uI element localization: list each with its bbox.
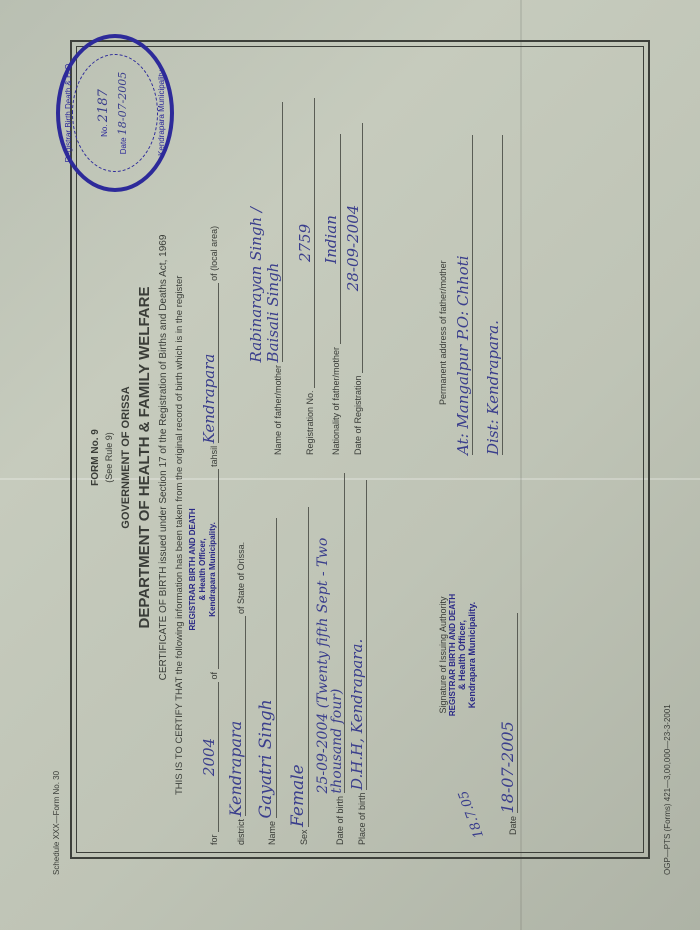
issuer-stamp-line1: REGISTRAR BIRTH AND DEATH xyxy=(448,555,457,755)
name-label: Name xyxy=(267,821,277,845)
nationality-value: Indian xyxy=(322,134,341,344)
registrar-seal: Registrar Birth Death & H.O No. 2187 Dat… xyxy=(56,34,174,192)
signature-label: Signature of Issuing Authority xyxy=(438,555,448,755)
address-line2: Dist: Kendrapara. xyxy=(484,135,503,455)
issuer-stamp-line2: & Health Officer, xyxy=(457,555,467,755)
dob-value: 25-09-2004 (Twenty fifth Sept - Two thou… xyxy=(316,473,345,793)
tahsil-value: Kendrapara xyxy=(200,283,219,443)
sign-date-value: 18-07-2005 xyxy=(498,613,518,813)
department-title: DEPARTMENT OF HEALTH & FAMILY WELFARE xyxy=(136,40,153,875)
sex-label: Sex xyxy=(299,829,309,845)
tahsil-label: tahsil xyxy=(209,446,219,467)
see-rule: (See Rule 9) xyxy=(104,40,114,875)
form-number: FORM No. 9 xyxy=(90,40,101,875)
dob-label: Date of birth xyxy=(335,796,345,845)
issuer-stamp-line3: Kendrapara Municipality. xyxy=(467,555,477,755)
name-value: Gayatri Singh xyxy=(256,518,277,818)
government-title: GOVERNMENT OF ORISSA xyxy=(120,40,132,875)
father-name-value: Rabinarayan Singh / xyxy=(247,207,265,362)
date-label: Date xyxy=(508,816,518,835)
for-value: 2004 xyxy=(200,682,219,832)
seal-top-text: Registrar Birth Death & H.O xyxy=(64,38,73,188)
registrar-stamp-line2: & Health Officer, xyxy=(198,538,207,600)
sex-value: Female xyxy=(288,507,309,827)
registration-date-value: 28-09-2004 xyxy=(344,123,363,373)
schedule-label: Schedule XXX—Form No. 30 xyxy=(52,771,61,875)
mother-name-value: Baisali Singh xyxy=(264,263,282,363)
birth-certificate: Schedule XXX—Form No. 30 Registrar Birth… xyxy=(60,40,650,875)
pob-label: Place of birth xyxy=(357,792,367,845)
parent-name-label: Name of father/mother xyxy=(273,365,283,455)
state-label: of State of Orissa. xyxy=(236,542,246,614)
registration-date-label: Date of Registration xyxy=(353,375,363,455)
nationality-label: Nationality of father/mother xyxy=(331,347,341,455)
pob-value: D.H.H, Kendrapara. xyxy=(348,480,367,790)
district-label: district xyxy=(236,819,246,845)
local-area-label: of (local area) xyxy=(209,226,219,281)
district-value: Kendrapara xyxy=(226,616,246,816)
address-line1: At: Mangalpur P.O: Chhoti xyxy=(454,135,473,455)
for-label: for xyxy=(209,834,219,845)
certificate-title: CERTIFICATE OF BIRTH issued under Sectio… xyxy=(158,40,169,875)
registrar-stamp-line1: REGISTRAR BIRTH AND DEATH xyxy=(188,508,197,630)
print-code: OGP—PTS (Forms) 421—3,00,000—23-3-2001 xyxy=(663,704,672,875)
address-label: Permanent address of father/mother xyxy=(438,260,448,405)
registrar-stamp-line3: Kendrapara Municipality. xyxy=(208,522,217,617)
registration-no-label: Registration No. xyxy=(305,390,315,455)
registration-no-value: 2759 xyxy=(296,98,315,388)
certify-text: THIS IS TO CERTIFY THAT the following in… xyxy=(174,276,185,795)
of-label: of xyxy=(209,672,219,680)
